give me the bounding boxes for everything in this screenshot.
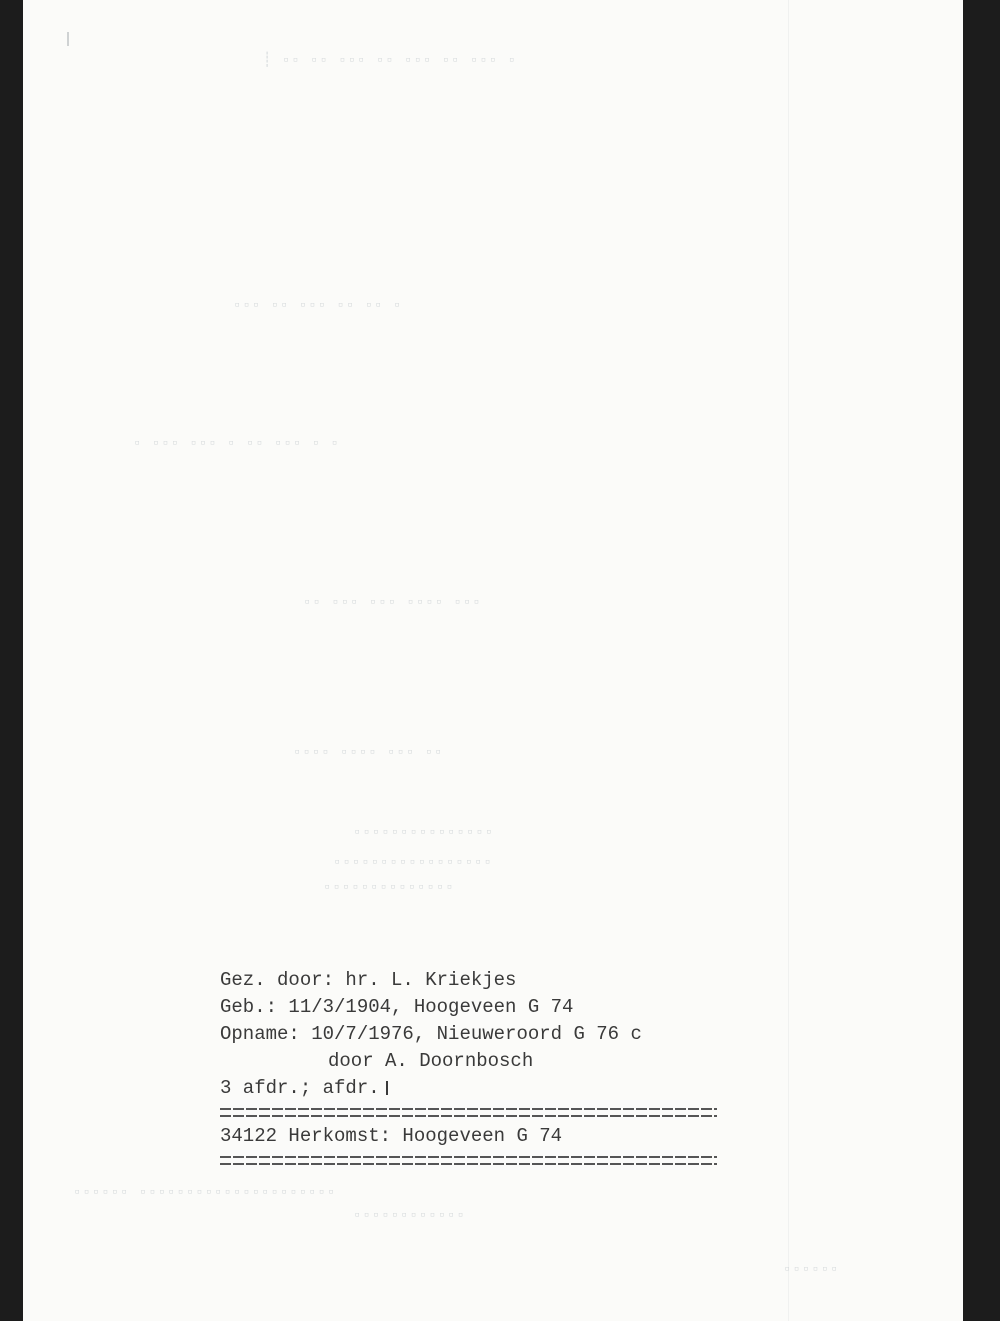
bleed-through-text: ▫▫▫▫▫▫ [783, 1262, 839, 1278]
birth-line: Geb.: 11/3/1904, Hoogeveen G 74 [220, 994, 717, 1021]
double-rule-divider [220, 1108, 717, 1117]
bleed-through-text: ┊ ▫▫ ▫▫ ▫▫▫ ▫▫ ▫▫▫ ▫▫ ▫▫▫ ▫ [263, 52, 517, 69]
singer-line: Gez. door: hr. L. Kriekjes [220, 967, 717, 994]
bleed-through-text: ▫▫▫▫▫▫▫▫▫▫▫▫▫▫▫ [353, 825, 494, 841]
double-rule-divider [220, 1156, 717, 1165]
typewriter-mark [386, 1081, 388, 1095]
document-page: ┊ ▫▫ ▫▫ ▫▫▫ ▫▫ ▫▫▫ ▫▫ ▫▫▫ ▫ ▫▫▫ ▫▫ ▫▫▫ ▫… [23, 0, 963, 1321]
record-block: Gez. door: hr. L. Kriekjes Geb.: 11/3/19… [220, 967, 717, 1171]
bleed-through-text: ▫▫▫▫▫▫ ▫▫▫▫▫▫▫▫▫▫▫▫▫▫▫▫▫▫▫▫▫ [73, 1185, 336, 1201]
paper-fold-line [788, 0, 789, 1321]
bleed-through-text: ▫▫▫▫▫▫▫▫▫▫▫▫▫▫▫▫▫ [333, 855, 493, 871]
bleed-through-text: ▫▫ ▫▫▫ ▫▫▫ ▫▫▫▫ ▫▫▫ [303, 595, 482, 611]
bleed-through-mark [67, 32, 69, 46]
bleed-through-text: ▫ ▫▫▫ ▫▫▫ ▫ ▫▫ ▫▫▫ ▫ ▫ [133, 436, 340, 452]
recording-line: Opname: 10/7/1976, Nieuweroord G 76 c [220, 1021, 717, 1048]
bleed-through-text: ▫▫▫ ▫▫ ▫▫▫ ▫▫ ▫▫ ▫ [233, 298, 402, 314]
recorder-line: door A. Doornbosch [220, 1048, 717, 1075]
bleed-through-text: ▫▫▫▫▫▫▫▫▫▫▫▫ [353, 1208, 466, 1224]
bleed-through-text: ▫▫▫▫▫▫▫▫▫▫▫▫▫▫ [323, 880, 455, 896]
origin-line: 34122 Herkomst: Hoogeveen G 74 [220, 1123, 717, 1150]
bleed-through-text: ▫▫▫▫ ▫▫▫▫ ▫▫▫ ▫▫ [293, 745, 443, 761]
sections-line: 3 afdr.; afdr. [220, 1075, 717, 1102]
sections-text: 3 afdr.; afdr. [220, 1077, 380, 1099]
